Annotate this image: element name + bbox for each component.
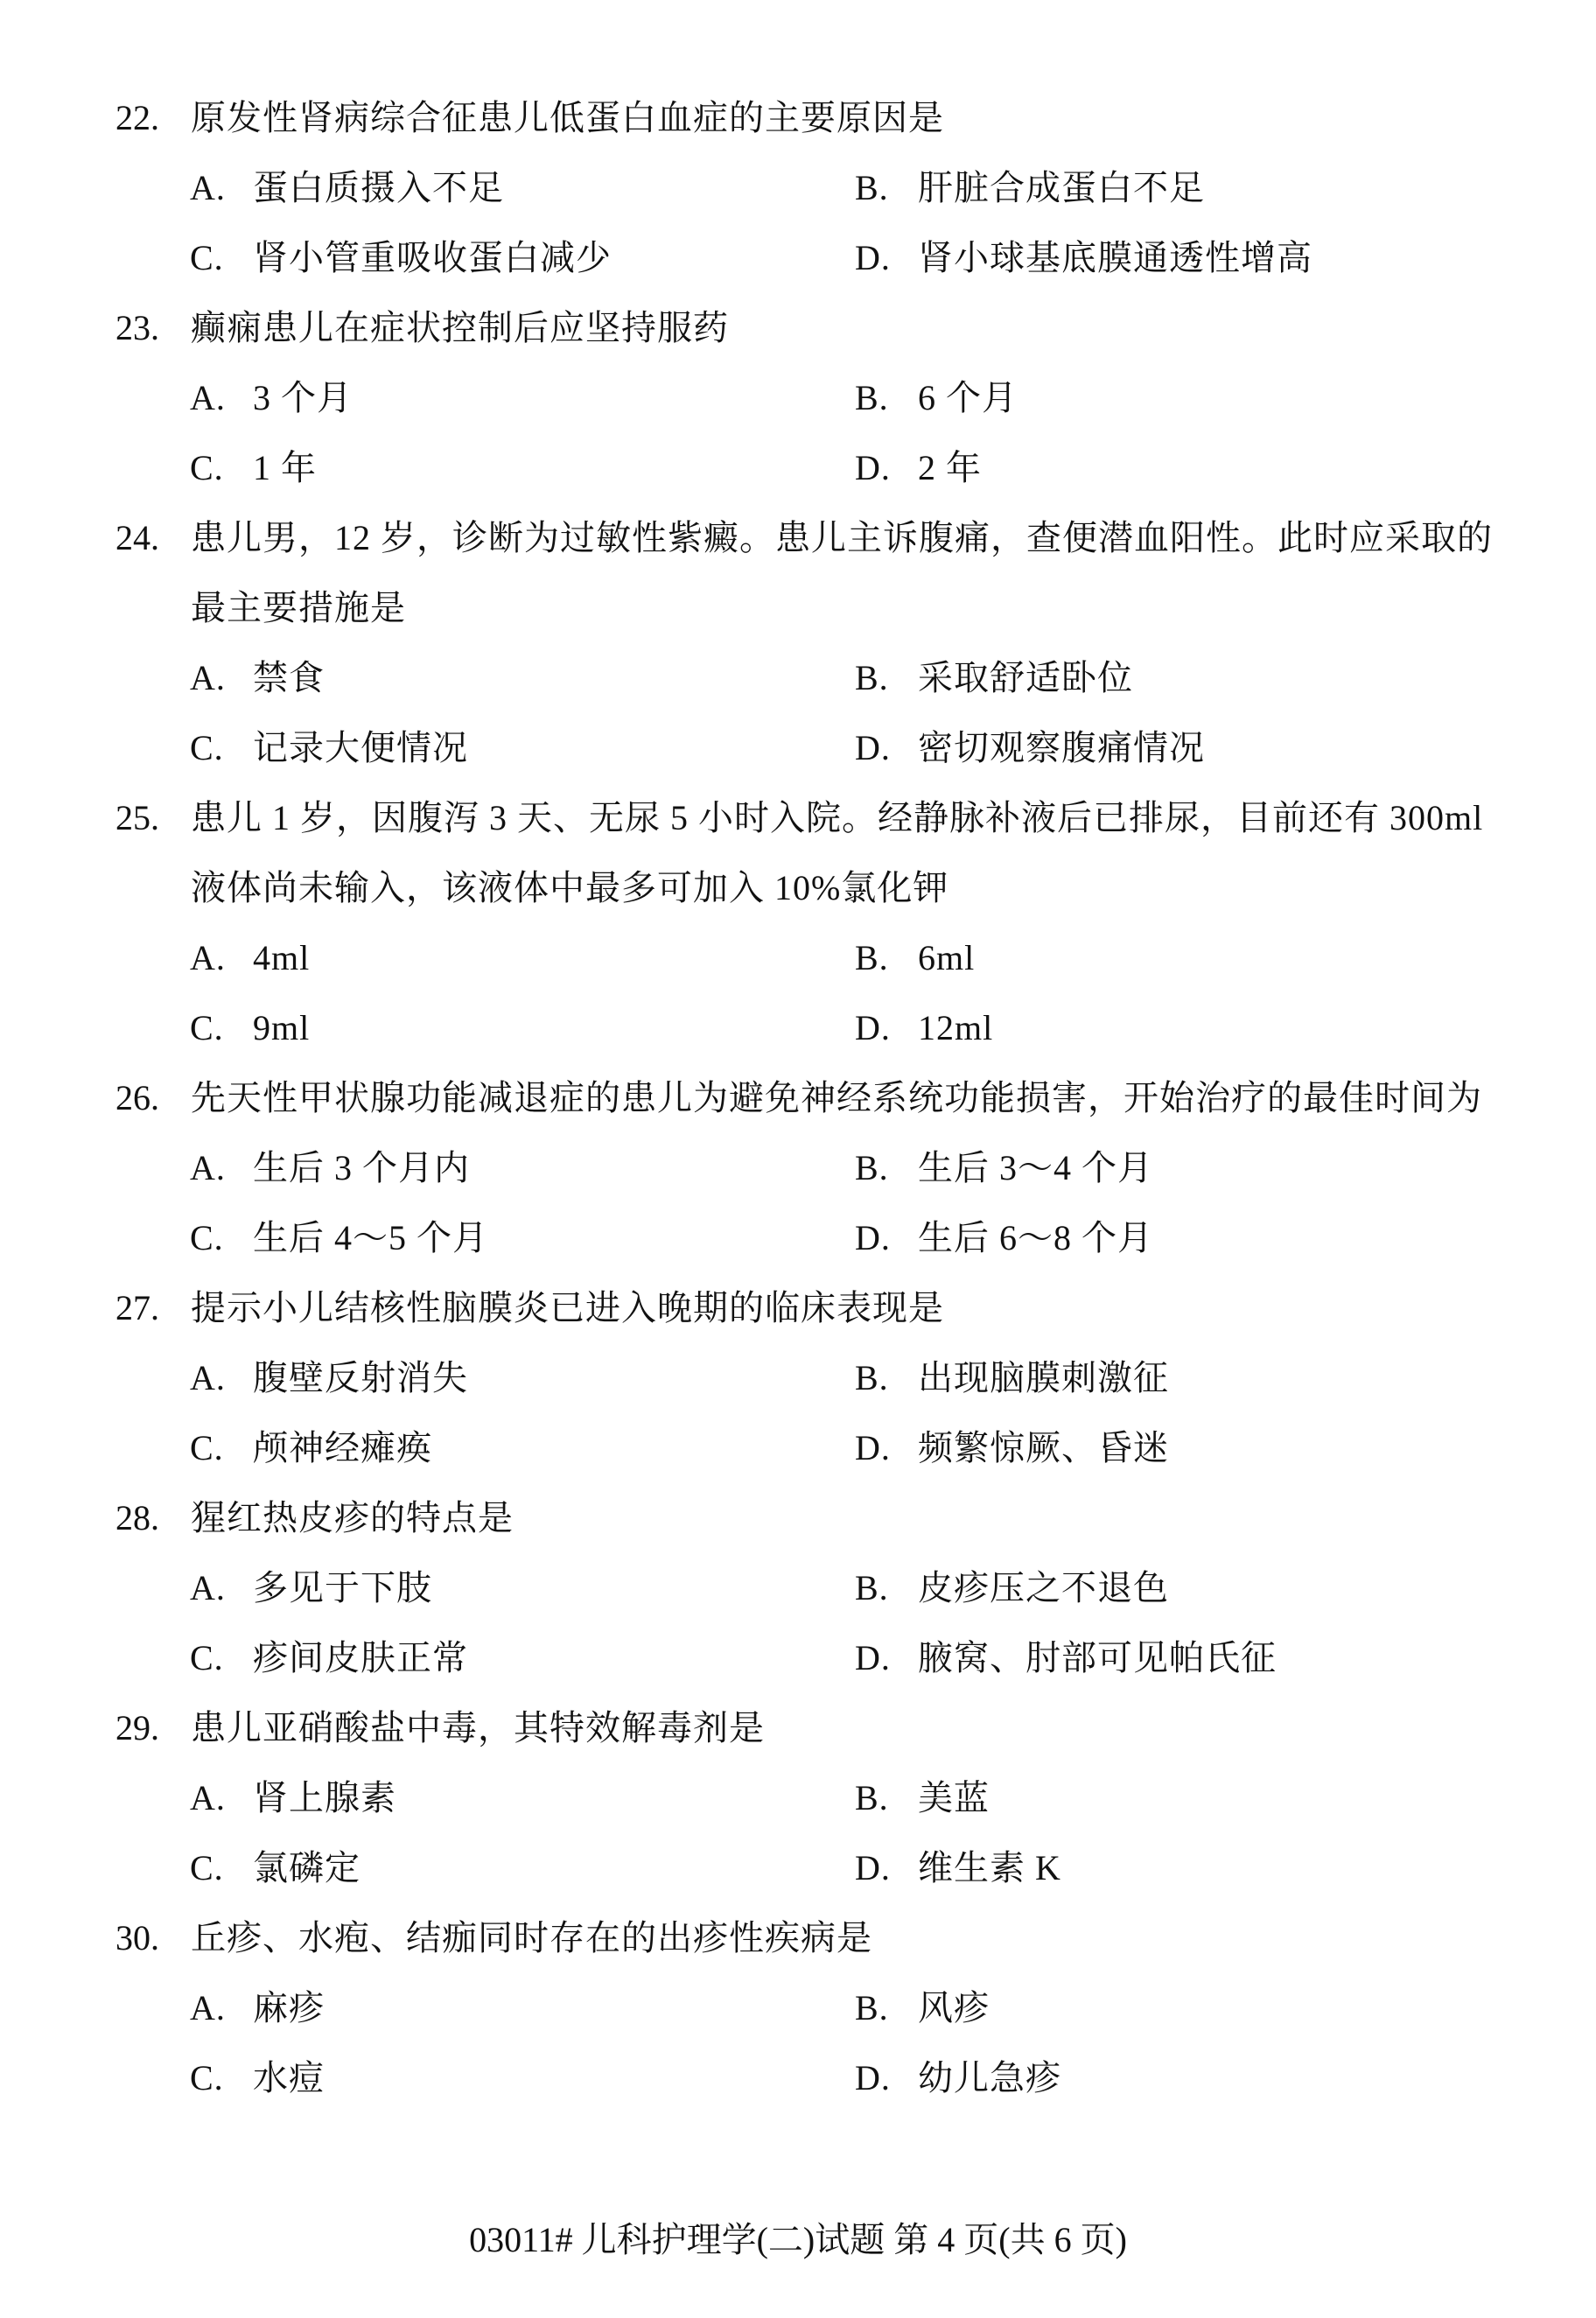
option-text: 麻疹: [253, 1988, 325, 2027]
option-letter: A.: [190, 643, 253, 713]
question-number: 30.: [115, 1903, 191, 1973]
option-letter: C.: [190, 993, 253, 1063]
option-text: 4ml: [253, 938, 310, 977]
option-a: A.腹壁反射消失: [190, 1343, 468, 1413]
option-text: 12ml: [918, 1008, 993, 1047]
option-a: A.蛋白质摄入不足: [190, 153, 504, 223]
option-text: 风疹: [918, 1988, 990, 2027]
option-letter: D.: [855, 1833, 918, 1903]
option-letter: D.: [855, 713, 918, 783]
option-text: 皮疹压之不退色: [918, 1568, 1169, 1607]
option-c: C.疹间皮肤正常: [190, 1623, 468, 1693]
option-text: 维生素 K: [918, 1848, 1061, 1887]
question-number: 26.: [115, 1063, 191, 1133]
option-b: B.6 个月: [855, 363, 1018, 433]
option-letter: C.: [190, 1413, 253, 1483]
option-text: 颅神经瘫痪: [253, 1428, 432, 1467]
option-b: B.皮疹压之不退色: [855, 1553, 1169, 1623]
page-footer: 03011# 儿科护理学(二)试题 第 4 页(共 6 页): [0, 2214, 1596, 2266]
option-text: 生后 4～5 个月: [253, 1218, 488, 1257]
option-c: C.1 年: [190, 433, 317, 503]
question-number: 24.: [115, 503, 191, 573]
question-number: 27.: [115, 1273, 191, 1343]
option-b: B.采取舒适卧位: [855, 643, 1133, 713]
question-text: 最主要措施是: [191, 573, 406, 643]
option-c: C.9ml: [190, 993, 310, 1063]
option-c: C.颅神经瘫痪: [190, 1413, 432, 1483]
question-text: 先天性甲状腺功能减退症的患儿为避免神经系统功能损害，开始治疗的最佳时间为: [191, 1063, 1482, 1133]
option-text: 1 年: [253, 448, 317, 487]
option-text: 采取舒适卧位: [918, 658, 1133, 697]
option-text: 生后 3～4 个月: [918, 1148, 1153, 1187]
option-letter: A.: [190, 1553, 253, 1623]
question-text: 患儿男，12 岁，诊断为过敏性紫癜。患儿主诉腹痛，查便潜血阳性。此时应采取的: [191, 503, 1493, 573]
option-letter: B.: [855, 1343, 918, 1413]
option-text: 肾上腺素: [253, 1778, 396, 1817]
option-text: 肝脏合成蛋白不足: [918, 168, 1205, 207]
option-d: D.生后 6～8 个月: [855, 1203, 1153, 1273]
option-text: 2 年: [918, 448, 982, 487]
option-c: C.记录大便情况: [190, 713, 468, 783]
option-text: 腹壁反射消失: [253, 1358, 468, 1397]
option-b: B.肝脏合成蛋白不足: [855, 153, 1205, 223]
option-c: C.肾小管重吸收蛋白减少: [190, 223, 612, 293]
question-number: 25.: [115, 783, 191, 853]
option-text: 密切观察腹痛情况: [918, 728, 1205, 767]
question-text: 提示小儿结核性脑膜炎已进入晚期的临床表现是: [191, 1273, 944, 1343]
option-c: C.生后 4～5 个月: [190, 1203, 488, 1273]
option-d: D.维生素 K: [855, 1833, 1061, 1903]
option-text: 6 个月: [918, 378, 1018, 417]
option-letter: D.: [855, 433, 918, 503]
question-text: 丘疹、水疱、结痂同时存在的出疹性疾病是: [191, 1903, 872, 1973]
option-letter: B.: [855, 1763, 918, 1833]
option-a: A.多见于下肢: [190, 1553, 432, 1623]
option-b: B.生后 3～4 个月: [855, 1133, 1153, 1203]
question-text: 猩红热皮疹的特点是: [191, 1483, 514, 1553]
option-text: 记录大便情况: [253, 728, 468, 767]
option-letter: C.: [190, 223, 253, 293]
option-text: 水痘: [253, 2058, 325, 2097]
option-text: 9ml: [253, 1008, 310, 1047]
question-text: 癫痫患儿在症状控制后应坚持服药: [191, 293, 729, 363]
option-text: 禁食: [253, 658, 325, 697]
option-text: 3 个月: [253, 378, 353, 417]
question-text: 患儿亚硝酸盐中毒，其特效解毒剂是: [191, 1693, 765, 1763]
option-text: 肾小球基底膜通透性增高: [918, 238, 1312, 277]
option-a: A.禁食: [190, 643, 325, 713]
option-d: D.幼儿急疹: [855, 2043, 1061, 2113]
option-letter: B.: [855, 1553, 918, 1623]
option-letter: C.: [190, 2043, 253, 2113]
option-letter: A.: [190, 1973, 253, 2043]
option-letter: C.: [190, 1203, 253, 1273]
option-text: 腋窝、肘部可见帕氏征: [918, 1638, 1277, 1677]
question-text: 原发性肾病综合征患儿低蛋白血症的主要原因是: [191, 83, 944, 153]
option-text: 氯磷定: [253, 1848, 360, 1887]
option-letter: B.: [855, 1133, 918, 1203]
option-letter: A.: [190, 363, 253, 433]
option-a: A.肾上腺素: [190, 1763, 396, 1833]
option-d: D.腋窝、肘部可见帕氏征: [855, 1623, 1277, 1693]
option-letter: A.: [190, 923, 253, 993]
option-letter: C.: [190, 713, 253, 783]
option-a: A.麻疹: [190, 1973, 325, 2043]
question-number: 28.: [115, 1483, 191, 1553]
question-number: 22.: [115, 83, 191, 153]
option-text: 疹间皮肤正常: [253, 1638, 468, 1677]
option-letter: D.: [855, 993, 918, 1063]
option-letter: B.: [855, 1973, 918, 2043]
option-text: 幼儿急疹: [918, 2058, 1061, 2097]
option-letter: B.: [855, 643, 918, 713]
option-letter: B.: [855, 363, 918, 433]
option-a: A.4ml: [190, 923, 310, 993]
option-b: B.6ml: [855, 923, 975, 993]
option-text: 频繁惊厥、昏迷: [918, 1428, 1169, 1467]
option-d: D.2 年: [855, 433, 982, 503]
question-number: 23.: [115, 293, 191, 363]
option-d: D.密切观察腹痛情况: [855, 713, 1205, 783]
question-text: 患儿 1 岁，因腹泻 3 天、无尿 5 小时入院。经静脉补液后已排尿，目前还有 …: [191, 783, 1483, 853]
option-letter: D.: [855, 2043, 918, 2113]
option-text: 多见于下肢: [253, 1568, 432, 1607]
option-a: A.3 个月: [190, 363, 353, 433]
option-letter: D.: [855, 1203, 918, 1273]
option-text: 生后 6～8 个月: [918, 1218, 1153, 1257]
option-letter: D.: [855, 1623, 918, 1693]
option-letter: A.: [190, 1343, 253, 1413]
option-b: B.风疹: [855, 1973, 990, 2043]
option-letter: A.: [190, 1763, 253, 1833]
question-number: 29.: [115, 1693, 191, 1763]
option-text: 肾小管重吸收蛋白减少: [253, 238, 612, 277]
option-text: 美蓝: [918, 1778, 990, 1817]
option-letter: D.: [855, 1413, 918, 1483]
option-letter: B.: [855, 153, 918, 223]
option-d: D.12ml: [855, 993, 993, 1063]
option-letter: D.: [855, 223, 918, 293]
option-text: 出现脑膜刺激征: [918, 1358, 1169, 1397]
option-text: 蛋白质摄入不足: [253, 168, 504, 207]
option-letter: C.: [190, 433, 253, 503]
option-c: C.水痘: [190, 2043, 325, 2113]
option-d: D.肾小球基底膜通透性增高: [855, 223, 1312, 293]
option-c: C.氯磷定: [190, 1833, 360, 1903]
option-text: 6ml: [918, 938, 975, 977]
option-text: 生后 3 个月内: [253, 1148, 470, 1187]
option-letter: C.: [190, 1623, 253, 1693]
option-letter: A.: [190, 153, 253, 223]
question-text: 液体尚未输入，该液体中最多可加入 10%氯化钾: [191, 853, 948, 923]
option-b: B.出现脑膜刺激征: [855, 1343, 1169, 1413]
option-a: A.生后 3 个月内: [190, 1133, 470, 1203]
option-letter: A.: [190, 1133, 253, 1203]
option-b: B.美蓝: [855, 1763, 990, 1833]
option-d: D.频繁惊厥、昏迷: [855, 1413, 1169, 1483]
exam-page: 22. 原发性肾病综合征患儿低蛋白血症的主要原因是 A.蛋白质摄入不足 B.肝脏…: [0, 0, 1596, 2318]
option-letter: C.: [190, 1833, 253, 1903]
option-letter: B.: [855, 923, 918, 993]
